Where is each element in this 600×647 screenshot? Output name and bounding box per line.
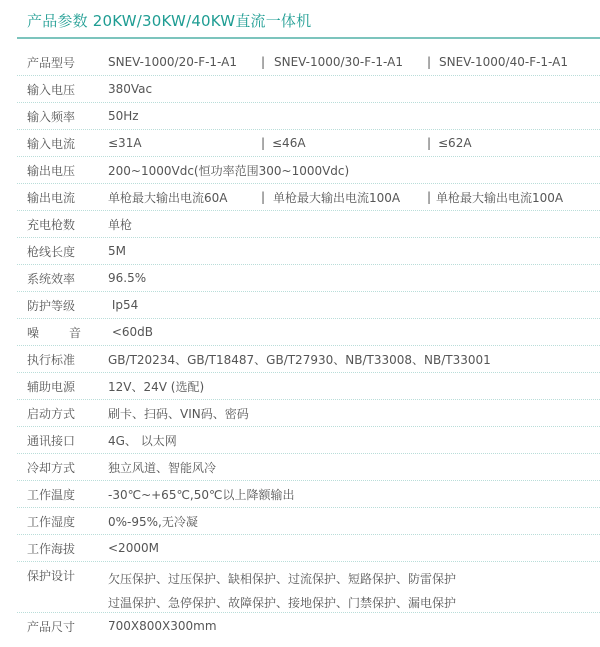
spec-value: SNEV-1000/20-F-1-A1 [108, 55, 237, 69]
spec-label: 枪线长度 [27, 243, 97, 260]
spec-value-line: 过温保护、急停保护、故障保护、接地保护、门禁保护、漏电保护 [108, 591, 456, 615]
spec-label: 噪 音 [27, 324, 81, 341]
spec-label: 保护设计 [27, 567, 97, 584]
spec-value: 刷卡、扫码、VIN码、密码 [108, 405, 249, 422]
spec-label: 输入电压 [27, 81, 97, 98]
spec-value: -30℃~+65℃,50℃以上降额输出 [108, 486, 295, 503]
spec-row-input-current: 输入电流 ≤31A | ≤46A | ≤62A [17, 130, 600, 157]
spec-row-dimensions: 产品尺寸 700X800X300mm [17, 613, 600, 639]
spec-row-altitude: 工作海拔 <2000M [17, 535, 600, 562]
spec-row-input-voltage: 输入电压 380Vac [17, 76, 600, 103]
spec-label: 输出电流 [27, 189, 97, 206]
spec-value: <60dB [108, 325, 153, 339]
spec-value: 96.5% [108, 271, 146, 285]
spec-value: 单枪最大输出电流60A [108, 189, 227, 206]
spec-row-cooling: 冷却方式 独立风道、智能风冷 [17, 454, 600, 481]
separator: | [427, 55, 431, 69]
spec-label-part: 音 [69, 324, 81, 341]
spec-value: 50Hz [108, 109, 139, 123]
page-title: 产品参数 20KW/30KW/40KW直流一体机 [27, 10, 311, 31]
spec-value: SNEV-1000/30-F-1-A1 [274, 55, 403, 69]
spec-row-humidity: 工作湿度 0%-95%,无冷凝 [17, 508, 600, 535]
spec-label: 产品尺寸 [27, 618, 97, 635]
spec-label: 输入频率 [27, 108, 97, 125]
spec-label: 执行标准 [27, 351, 97, 368]
spec-value: GB/T20234、GB/T18487、GB/T27930、NB/T33008、… [108, 351, 491, 368]
separator: | [427, 190, 431, 204]
header: 产品参数 20KW/30KW/40KW直流一体机 [17, 0, 600, 39]
spec-value: ≤46A [272, 136, 306, 150]
spec-value: 4G、 以太网 [108, 432, 177, 449]
spec-row-protection-grade: 防护等级 Ip54 [17, 292, 600, 319]
spec-row-input-frequency: 输入频率 50Hz [17, 103, 600, 130]
spec-label: 防护等级 [27, 297, 97, 314]
spec-value-line: 欠压保护、过压保护、缺相保护、过流保护、短路保护、防雷保护 [108, 567, 456, 591]
spec-row-protection-design: 保护设计 欠压保护、过压保护、缺相保护、过流保护、短路保护、防雷保护 过温保护、… [17, 562, 600, 613]
spec-row-temperature: 工作温度 -30℃~+65℃,50℃以上降额输出 [17, 481, 600, 508]
spec-label: 工作海拔 [27, 540, 97, 557]
spec-value: Ip54 [108, 298, 138, 312]
spec-row-output-voltage: 输出电压 200~1000Vdc(恒功率范围300~1000Vdc) [17, 157, 600, 184]
spec-row-model: 产品型号 SNEV-1000/20-F-1-A1 | SNEV-1000/30-… [17, 49, 600, 76]
spec-value: ≤31A [108, 136, 142, 150]
separator: | [261, 190, 265, 204]
spec-label: 辅助电源 [27, 378, 97, 395]
spec-row-efficiency: 系统效率 96.5% [17, 265, 600, 292]
spec-table: 产品型号 SNEV-1000/20-F-1-A1 | SNEV-1000/30-… [17, 49, 600, 639]
spec-label: 充电枪数 [27, 216, 97, 233]
spec-row-gun-count: 充电枪数 单枪 [17, 211, 600, 238]
spec-value: 200~1000Vdc(恒功率范围300~1000Vdc) [108, 162, 349, 179]
spec-value: 380Vac [108, 82, 152, 96]
spec-value: 欠压保护、过压保护、缺相保护、过流保护、短路保护、防雷保护 过温保护、急停保护、… [108, 567, 456, 615]
spec-row-standards: 执行标准 GB/T20234、GB/T18487、GB/T27930、NB/T3… [17, 346, 600, 373]
spec-value: 单枪最大输出电流100A [273, 189, 400, 206]
spec-label: 产品型号 [27, 54, 97, 71]
separator: | [261, 136, 265, 150]
spec-label: 工作温度 [27, 486, 97, 503]
spec-label: 工作湿度 [27, 513, 97, 530]
spec-label-part: 噪 [27, 324, 39, 341]
spec-row-start-method: 启动方式 刷卡、扫码、VIN码、密码 [17, 400, 600, 427]
spec-row-output-current: 输出电流 单枪最大输出电流60A | 单枪最大输出电流100A | 单枪最大输出… [17, 184, 600, 211]
spec-value: 独立风道、智能风冷 [108, 459, 216, 476]
spec-row-comm-interface: 通讯接口 4G、 以太网 [17, 427, 600, 454]
separator: | [261, 55, 265, 69]
spec-value: 12V、24V (选配) [108, 378, 204, 395]
spec-label: 输出电压 [27, 162, 97, 179]
spec-value: 700X800X300mm [108, 619, 217, 633]
separator: | [427, 136, 431, 150]
spec-value: ≤62A [438, 136, 472, 150]
spec-value: 5M [108, 244, 126, 258]
spec-label: 冷却方式 [27, 459, 97, 476]
spec-value: <2000M [108, 541, 159, 555]
spec-row-noise: 噪 音 <60dB [17, 319, 600, 346]
spec-label: 启动方式 [27, 405, 97, 422]
spec-value: 单枪 [108, 216, 132, 233]
spec-row-cable-length: 枪线长度 5M [17, 238, 600, 265]
spec-label: 通讯接口 [27, 432, 97, 449]
spec-label: 输入电流 [27, 135, 97, 152]
spec-value: 0%-95%,无冷凝 [108, 513, 198, 530]
spec-row-aux-power: 辅助电源 12V、24V (选配) [17, 373, 600, 400]
spec-value: 单枪最大输出电流100A [436, 189, 563, 206]
spec-value: SNEV-1000/40-F-1-A1 [439, 55, 568, 69]
spec-label: 系统效率 [27, 270, 97, 287]
